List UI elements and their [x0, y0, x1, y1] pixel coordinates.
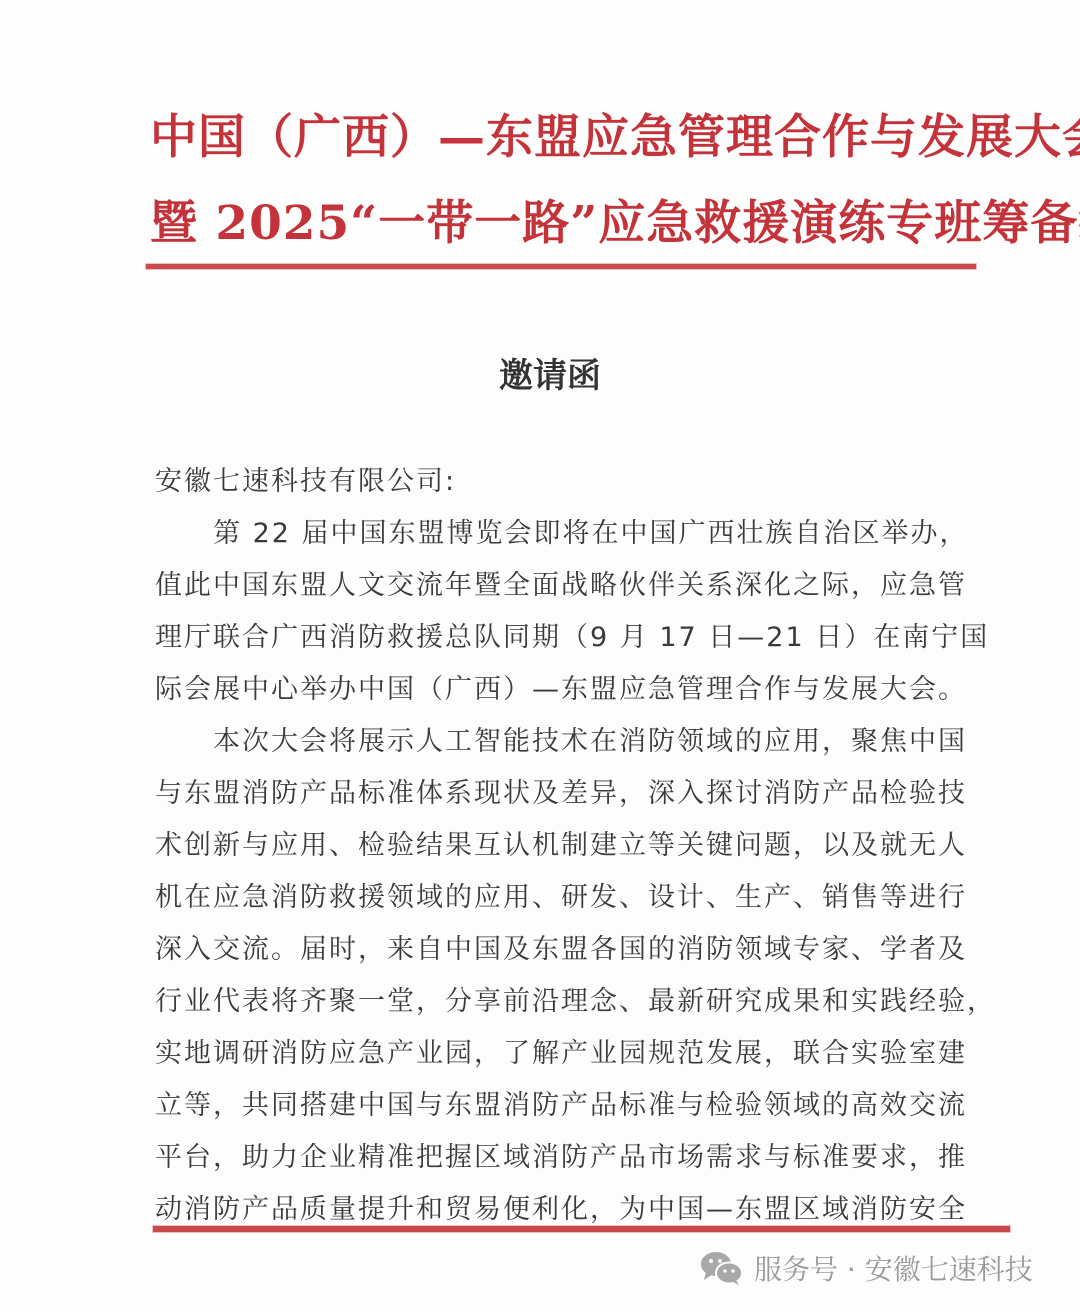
document-body: 安徽七速科技有限公司: 第 22 届中国东盟博览会即将在中国广西壮族自治区举办，…: [155, 456, 965, 1236]
body-line: 机在应急消防救援领域的应用、研发、设计、生产、销售等进行: [155, 872, 965, 924]
body-line: 深入交流。届时，来自中国及东盟各国的消防领域专家、学者及: [155, 924, 965, 976]
body-line: 第 22 届中国东盟博览会即将在中国广西壮族自治区举办，: [155, 508, 965, 560]
body-line: 值此中国东盟人文交流年暨全面战略伙伴关系深化之际，应急管: [155, 560, 965, 612]
watermark-label: 服务号 · 安徽七速科技: [754, 1248, 1033, 1288]
letterhead-title-line2: 暨 2025“一带一路”应急救援演练专班筹备组: [150, 186, 980, 253]
body-line: 际会展中心举办中国（广西）—东盟应急管理合作与发展大会。: [155, 664, 965, 716]
body-line: 术创新与应用、检验结果互认机制建立等关键问题，以及就无人: [155, 820, 965, 872]
document-title: 邀请函: [0, 348, 1080, 397]
body-line: 实地调研消防应急产业园，了解产业园规范发展，联合实验室建: [155, 1028, 965, 1080]
body-line: 平台，助力企业精准把握区域消防产品市场需求与标准要求，推: [155, 1132, 965, 1184]
body-line: 行业代表将齐聚一堂，分享前沿理念、最新研究成果和实践经验，: [155, 976, 965, 1028]
letterhead-divider: [146, 264, 976, 269]
watermark: 服务号 · 安徽七速科技: [700, 1248, 1033, 1288]
body-line: 理厅联合广西消防救援总队同期（9 月 17 日—21 日）在南宁国: [155, 612, 965, 664]
wechat-icon: [700, 1250, 744, 1286]
document-page: 中国（广西）—东盟应急管理合作与发展大会 暨 2025“一带一路”应急救援演练专…: [0, 0, 1080, 1312]
body-line: 本次大会将展示人工智能技术在消防领域的应用，聚焦中国: [155, 716, 965, 768]
salutation: 安徽七速科技有限公司:: [155, 456, 965, 508]
body-line: 立等，共同搭建中国与东盟消防产品标准与检验领域的高效交流: [155, 1080, 965, 1132]
footer-divider: [153, 1226, 1010, 1232]
body-line: 与东盟消防产品标准体系现状及差异，深入探讨消防产品检验技: [155, 768, 965, 820]
letterhead-title-line1: 中国（广西）—东盟应急管理合作与发展大会: [150, 100, 980, 167]
